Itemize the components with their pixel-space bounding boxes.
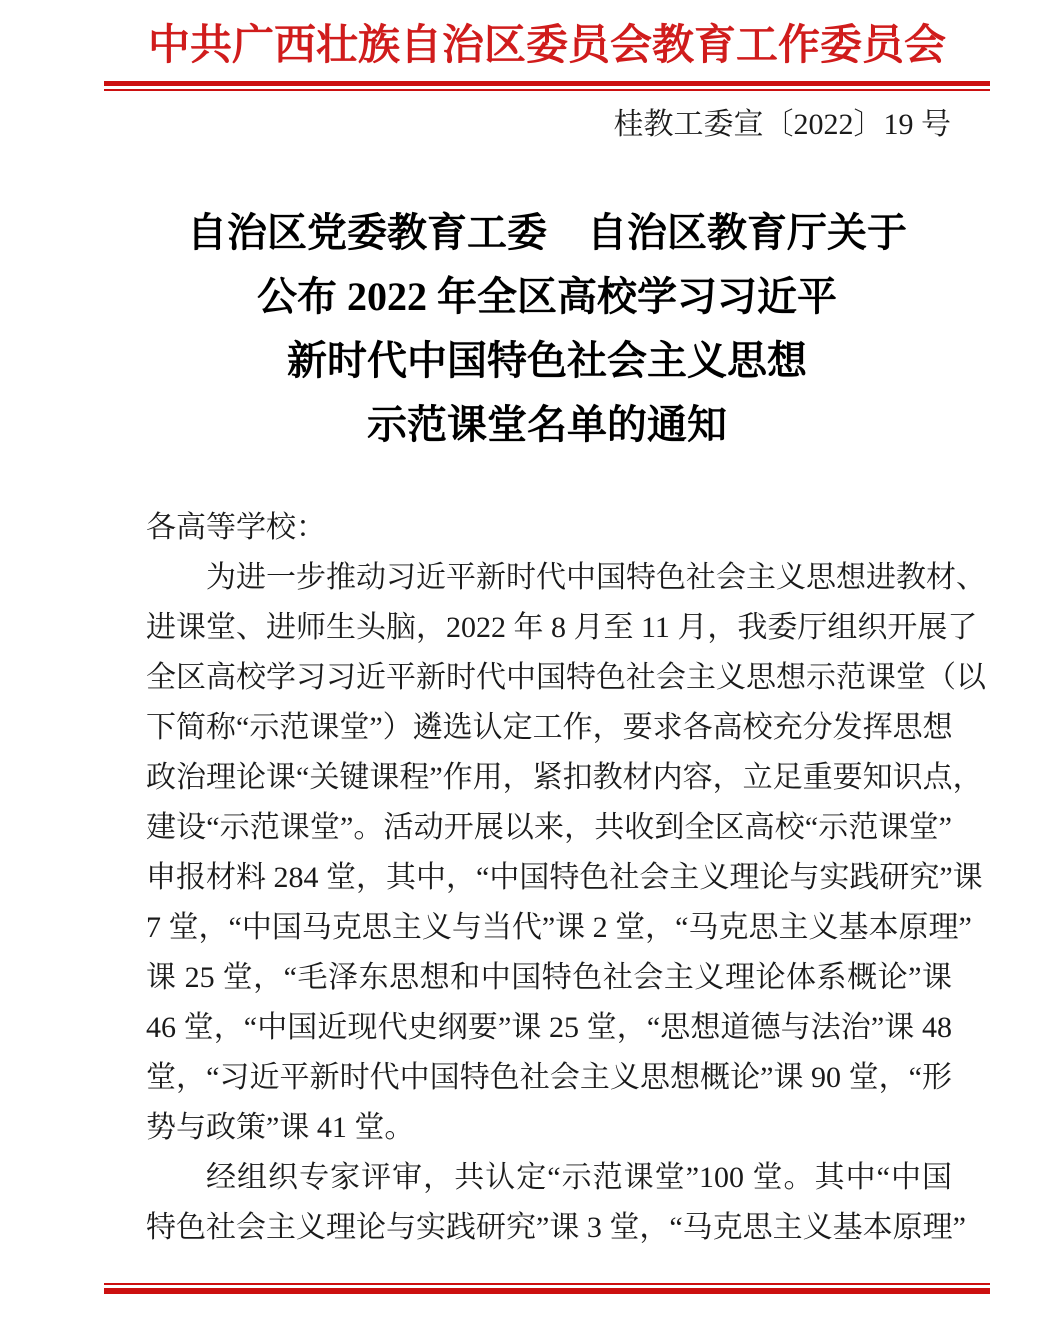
rule-top-thin-line [104, 89, 990, 91]
title-line-2: 公布 2022 年全区高校学习习近平 [104, 265, 990, 329]
document-title: 自治区党委教育工委 自治区教育厅关于 公布 2022 年全区高校学习习近平 新时… [104, 201, 990, 457]
paragraph-2: 经组织专家评审，共认定“示范课堂”100 堂。其中“中国 特色社会主义理论与实践… [146, 1153, 952, 1253]
paragraph-line: 课 25 堂，“毛泽东思想和中国特色社会主义理论体系概论”课 [146, 953, 952, 1003]
document-page: 中共广西壮族自治区委员会教育工作委员会 桂教工委宣〔2022〕19 号 自治区党… [0, 0, 1044, 1328]
rule-bottom-thick-line [104, 1288, 990, 1294]
document-number: 桂教工委宣〔2022〕19 号 [104, 107, 990, 143]
paragraph-line: 7 堂，“中国马克思主义与当代”课 2 堂，“马克思主义基本原理” [146, 903, 952, 953]
letterhead-double-rule [104, 81, 990, 91]
document-body: 各高等学校： 为进一步推动习近平新时代中国特色社会主义思想进教材、 进课堂、进师… [104, 503, 990, 1253]
letterhead: 中共广西壮族自治区委员会教育工作委员会 桂教工委宣〔2022〕19 号 [104, 0, 990, 143]
paragraph-line: 全区高校学习习近平新时代中国特色社会主义思想示范课堂（以 [146, 653, 952, 703]
title-line-3: 新时代中国特色社会主义思想 [104, 329, 990, 393]
title-line-1: 自治区党委教育工委 自治区教育厅关于 [104, 201, 990, 265]
paragraph-line: 为进一步推动习近平新时代中国特色社会主义思想进教材、 [146, 553, 952, 603]
paragraph-1: 为进一步推动习近平新时代中国特色社会主义思想进教材、 进课堂、进师生头脑，202… [146, 553, 952, 1153]
paragraph-line: 进课堂、进师生头脑，2022 年 8 月至 11 月，我委厅组织开展了 [146, 603, 952, 653]
footer-double-rule [104, 1283, 990, 1294]
paragraph-line: 下简称“示范课堂”）遴选认定工作，要求各高校充分发挥思想 [146, 703, 952, 753]
title-line-4: 示范课堂名单的通知 [104, 393, 990, 457]
paragraph-line: 势与政策”课 41 堂。 [146, 1103, 952, 1153]
paragraph-line: 申报材料 284 堂，其中，“中国特色社会主义理论与实践研究”课 [146, 853, 952, 903]
paragraph-line: 46 堂，“中国近现代史纲要”课 25 堂，“思想道德与法治”课 48 [146, 1003, 952, 1053]
paragraph-line: 经组织专家评审，共认定“示范课堂”100 堂。其中“中国 [146, 1153, 952, 1203]
paragraph-line: 政治理论课“关键课程”作用，紧扣教材内容，立足重要知识点， [146, 753, 952, 803]
letterhead-org-name: 中共广西壮族自治区委员会教育工作委员会 [104, 0, 990, 70]
salutation: 各高等学校： [146, 503, 952, 553]
paragraph-line: 堂，“习近平新时代中国特色社会主义思想概论”课 90 堂，“形 [146, 1053, 952, 1103]
paragraph-line: 特色社会主义理论与实践研究”课 3 堂，“马克思主义基本原理” [146, 1203, 952, 1253]
paragraph-line: 建设“示范课堂”。活动开展以来，共收到全区高校“示范课堂” [146, 803, 952, 853]
